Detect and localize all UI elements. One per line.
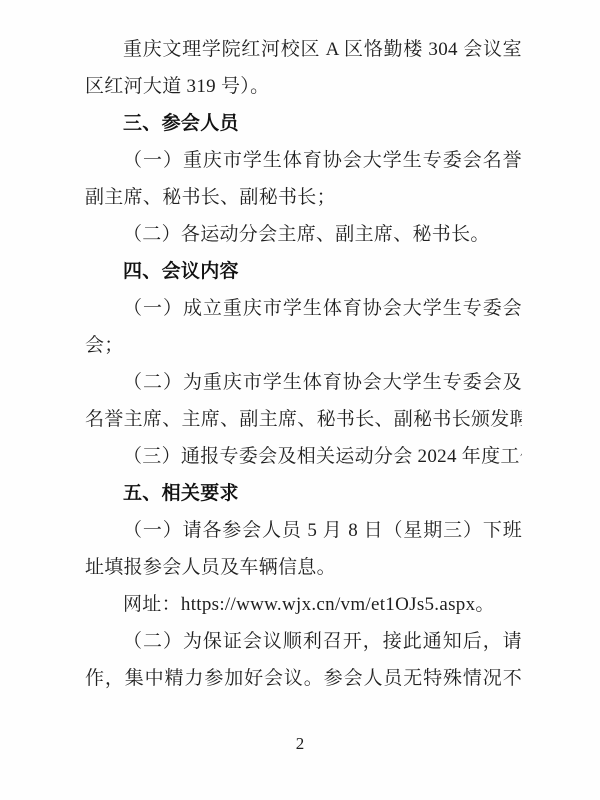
document-page: 重庆文理学院红河校区 A 区恪勤楼 304 会议室（重庆市永川 区红河大道 31… bbox=[0, 0, 600, 800]
section-heading-agenda: 四、会议内容 bbox=[85, 253, 522, 290]
paragraph-line: （二）为重庆市学生体育协会大学生专委会及相关运动分会 bbox=[85, 364, 522, 401]
paragraph-line: 址填报参会人员及车辆信息。 bbox=[85, 549, 522, 586]
paragraph-line: 区红河大道 319 号）。 bbox=[85, 68, 522, 105]
paragraph-line: （一）重庆市学生体育协会大学生专委会名誉主席、主席、 bbox=[85, 142, 522, 179]
registration-url-line: 网址：https://www.wjx.cn/vm/et1OJs5.aspx。 bbox=[85, 586, 522, 623]
paragraph-line: （一）成立重庆市学生体育协会大学生专委会及相关运动分 bbox=[85, 290, 522, 327]
section-heading-requirements: 五、相关要求 bbox=[85, 475, 522, 512]
paragraph-line: （二）为保证会议顺利召开，接此通知后，请提前安排好工 bbox=[85, 623, 522, 660]
paragraph-line: 作，集中精力参加好会议。参会人员无特殊情况不得请假，如因 bbox=[85, 660, 522, 697]
paragraph-line: 会； bbox=[85, 327, 522, 364]
paragraph-line: 名誉主席、主席、副主席、秘书长、副秘书长颁发聘书； bbox=[85, 401, 522, 438]
section-heading-participants: 三、参会人员 bbox=[85, 105, 522, 142]
page-number: 2 bbox=[0, 732, 600, 756]
paragraph-line: 重庆文理学院红河校区 A 区恪勤楼 304 会议室（重庆市永川 bbox=[85, 31, 522, 68]
paragraph-line: （三）通报专委会及相关运动分会 2024 年度工作。 bbox=[85, 438, 522, 475]
paragraph-line: 副主席、秘书长、副秘书长； bbox=[85, 179, 522, 216]
paragraph-line: （二）各运动分会主席、副主席、秘书长。 bbox=[85, 216, 522, 253]
paragraph-line: （一）请各参会人员 5 月 8 日（星期三）下班前通过下列网 bbox=[85, 512, 522, 549]
document-body: 重庆文理学院红河校区 A 区恪勤楼 304 会议室（重庆市永川 区红河大道 31… bbox=[85, 31, 522, 697]
